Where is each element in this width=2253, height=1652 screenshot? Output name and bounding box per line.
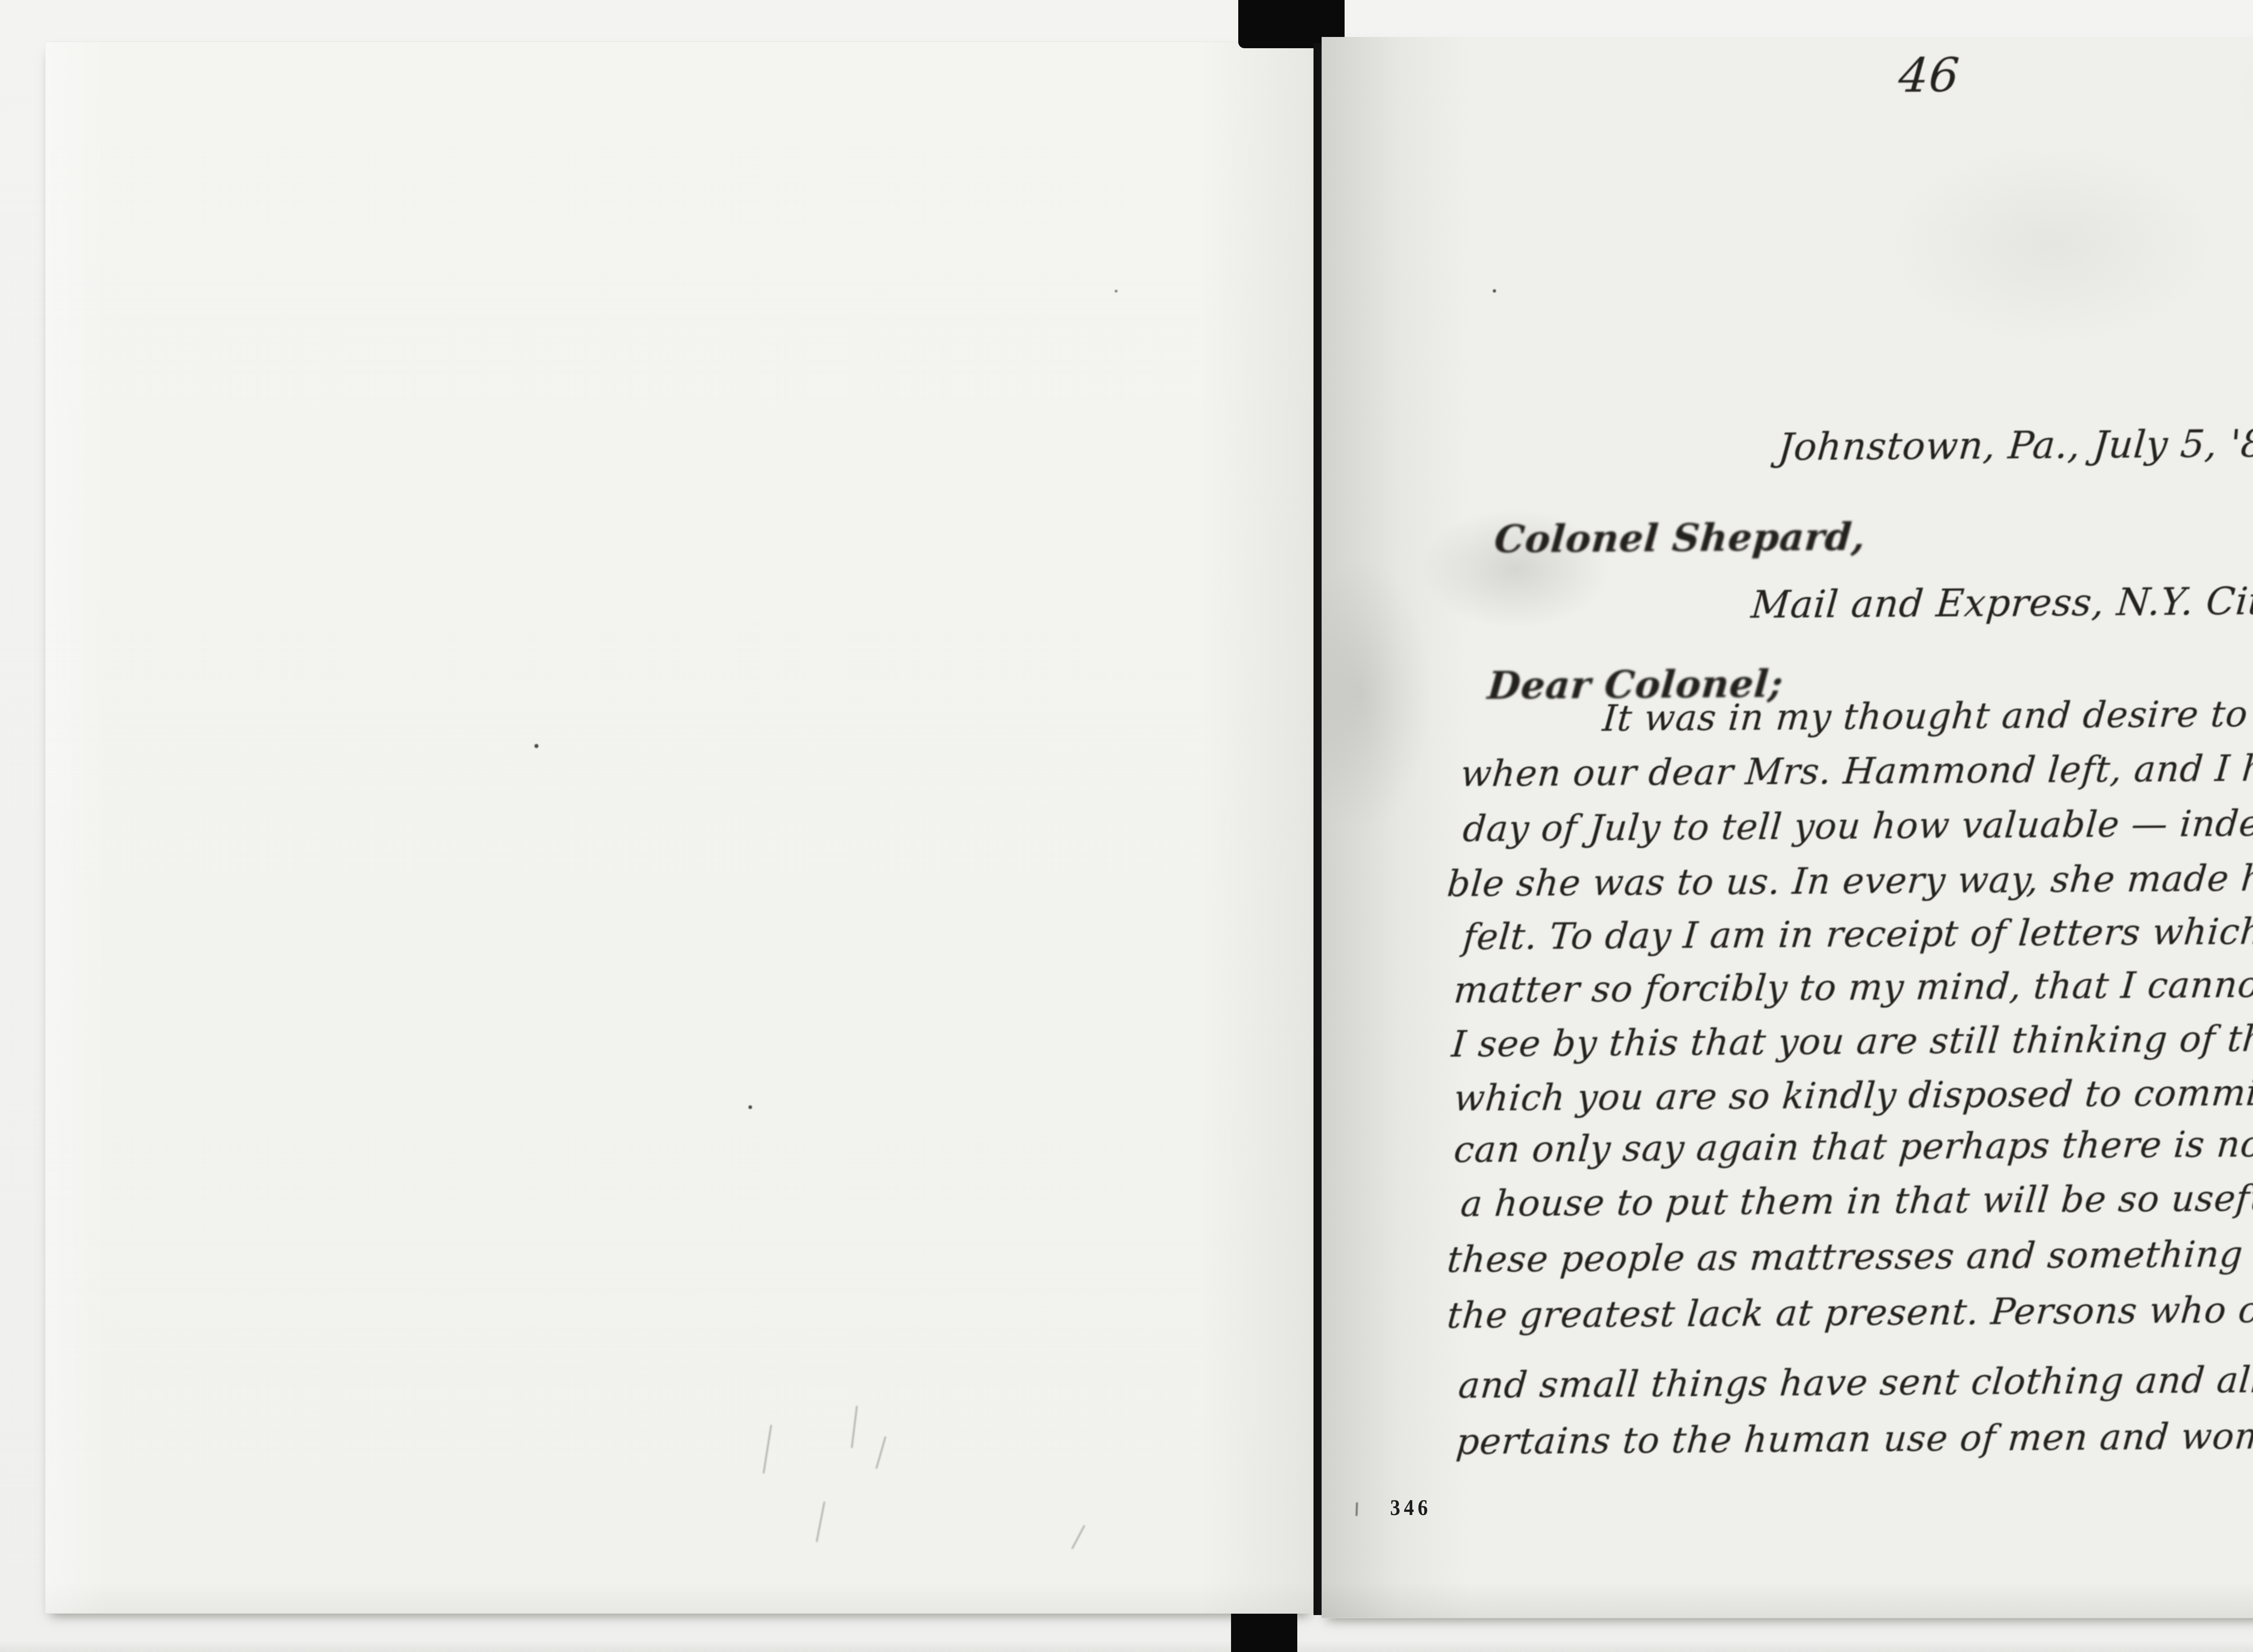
letter-body-line: ble she was to us. In every way, she mad… — [1446, 859, 2253, 902]
ink-speck — [1115, 290, 1117, 292]
letter-body-line: I see by this that you are still thinkin… — [1450, 1020, 2253, 1063]
pencil-scratch — [876, 1436, 887, 1469]
folio-number-handwritten: 46 — [1897, 52, 1961, 99]
letter-body-line: and small things have sent clothing and … — [1457, 1361, 2253, 1404]
pencil-scratch — [1071, 1525, 1085, 1550]
ink-speck — [534, 744, 538, 748]
letter-body-line: day of July to tell you how valuable — i… — [1462, 803, 2253, 847]
letter-body-line: It was in my thought and desire to write… — [1601, 695, 2253, 737]
letter-body-line: a house to put them in that will be so u… — [1459, 1180, 2253, 1222]
ink-speck — [1493, 289, 1496, 292]
scanned-book-spread: 46 320 677, 346 Johnstown, Pa., July 5, … — [0, 0, 2253, 1652]
letter-body-line: matter so forcibly to my mind, that I ca… — [1453, 965, 2253, 1009]
pencil-scratch — [851, 1406, 858, 1448]
printed-stamp-number: 346 — [1390, 1496, 1432, 1519]
letter-body-line: pertains to the human use of men and wom… — [1455, 1417, 2253, 1460]
letter-body-line: the greatest lack at present. Persons wh… — [1446, 1291, 2253, 1334]
letter-body-line: which you are so kindly disposed to comm… — [1453, 1073, 2253, 1117]
letter-dateline: Johnstown, Pa., July 5, '89. — [1777, 424, 2253, 466]
scan-bottom-shadow — [0, 1640, 2253, 1652]
margin-tick-mark — [1355, 1502, 1358, 1516]
letter-body-line: when our dear Mrs. Hammond left, and I h… — [1459, 748, 2253, 792]
pencil-scratch — [816, 1501, 825, 1542]
binding-tab-bottom — [1231, 1614, 1297, 1652]
letter-body-line: can only say again that perhaps there is… — [1453, 1125, 2253, 1168]
blank-left-page — [45, 41, 1314, 1614]
pencil-scratch — [762, 1424, 772, 1474]
letter-recipient-name: Colonel Shepard, — [1493, 518, 1867, 558]
letter-page: 46 320 677, 346 Johnstown, Pa., July 5, … — [1322, 37, 2253, 1618]
ink-speck — [748, 1105, 752, 1109]
letter-body-line: these people as mattresses and something… — [1446, 1234, 2253, 1278]
letter-recipient-address: Mail and Express, N.Y. City. — [1750, 582, 2253, 624]
binding-spine-line — [1313, 43, 1322, 1615]
letter-body-line: felt. To day I am in receipt of letters … — [1462, 913, 2253, 955]
